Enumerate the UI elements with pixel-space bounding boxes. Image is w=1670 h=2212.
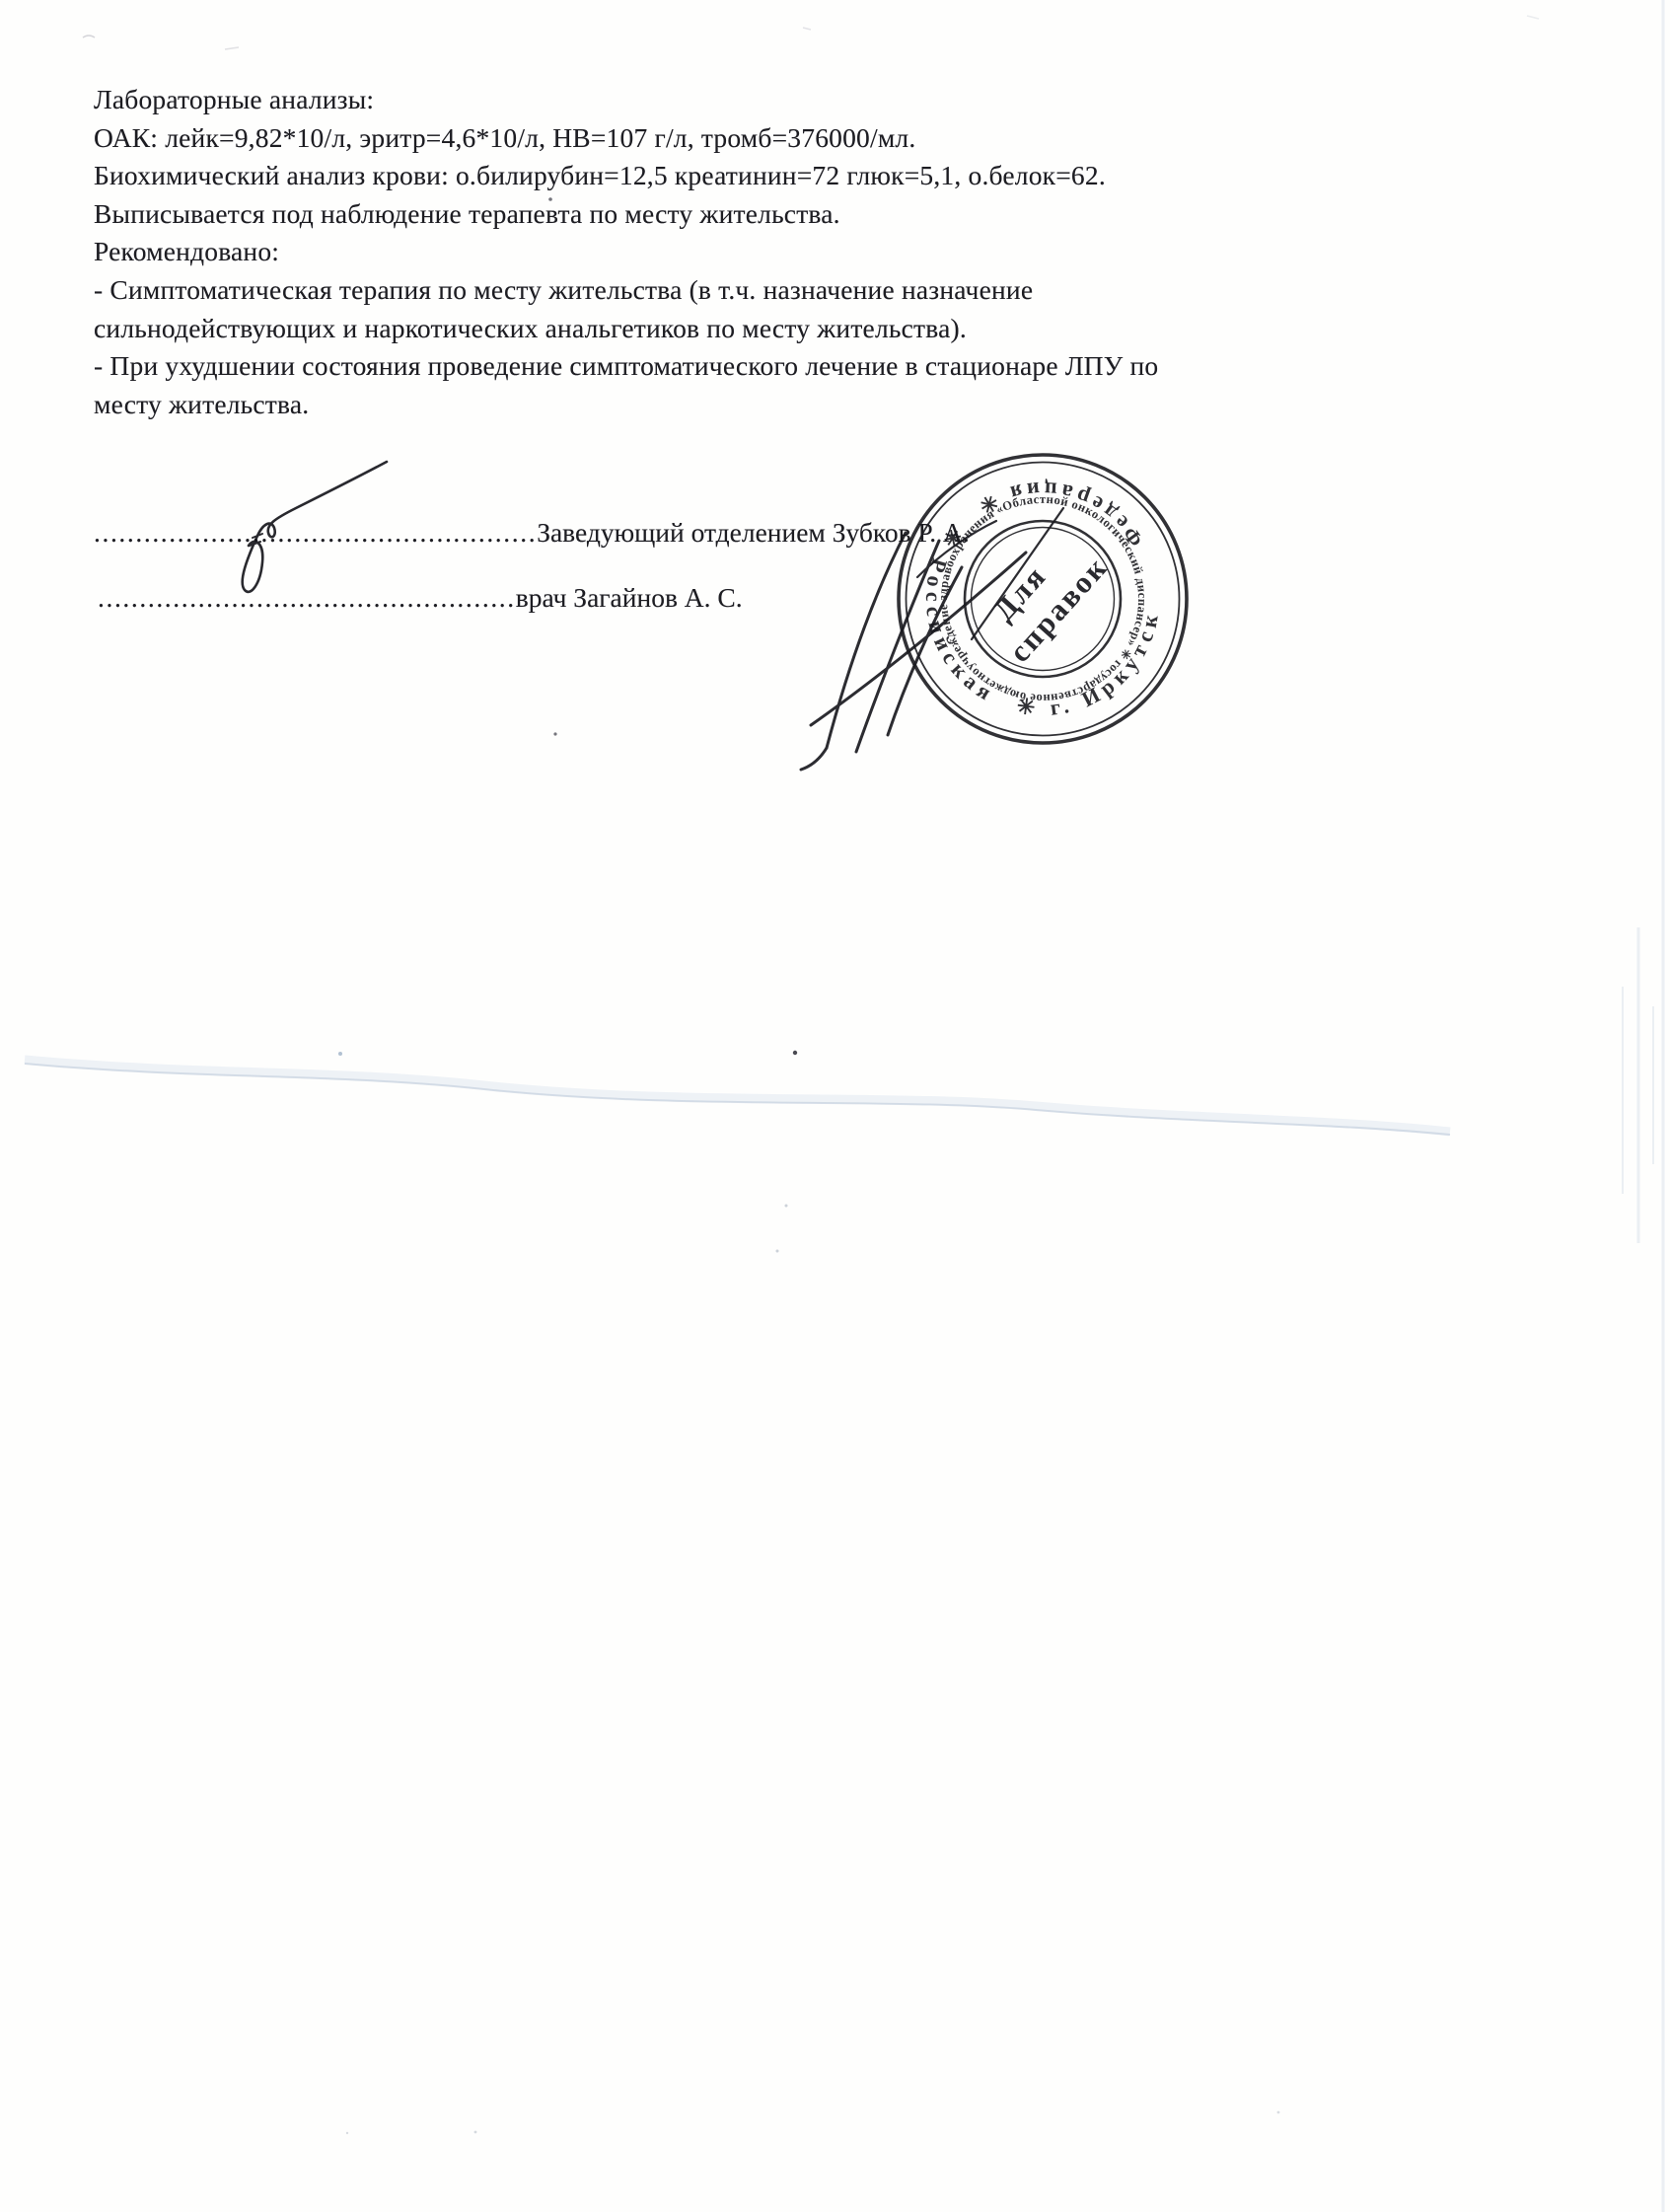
scan-crease — [25, 1060, 1450, 1135]
stamp-outer-ring-text: ✳ Российская — [921, 524, 1000, 708]
stamp-center-circle — [965, 521, 1121, 677]
recommendation-2b: месту жительства. — [94, 386, 1258, 424]
document-text-block: Лабораторные анализы: ОАК: лейк=9,82*10/… — [94, 81, 1258, 423]
biochem-results-line: Биохимический анализ крови: о.билирубин=… — [94, 157, 1258, 195]
recommendation-1b: сильнодействующих и наркотических анальг… — [94, 310, 1258, 348]
stamp-outer-ring-text: Федерация ✳ — [970, 478, 1148, 553]
dotted-leader: ........................................… — [98, 582, 516, 613]
stamp-center-text: Для справок — [973, 523, 1115, 669]
head-of-department-name: Заведующий отделением Зубков Р. А. — [537, 517, 970, 548]
stamp-center-inner-circle — [972, 528, 1115, 671]
stamp-outer-circle — [899, 455, 1187, 743]
oak-results-line: ОАК: лейк=9,82*10/л, эритр=4,6*10/л, НВ=… — [94, 119, 1258, 158]
stamp-outer-inner-circle — [907, 463, 1180, 736]
discharge-line: Выписывается под наблюдение терапевта по… — [94, 195, 1258, 234]
stamp-center-line2: справок — [1002, 549, 1115, 668]
signature-row-head-of-department: ........................................… — [94, 517, 970, 549]
dotted-leader: ........................................… — [94, 517, 537, 548]
scanned-document-page: Лабораторные анализы: ОАК: лейк=9,82*10/… — [0, 0, 1670, 2212]
stamp-outer-ring-text: ✳ г. Иркутск — [1015, 607, 1163, 720]
scanner-streaks — [1623, 0, 1663, 2212]
doctor-name: врач Загайнов А. С. — [516, 582, 743, 613]
recommendation-2a: - При ухудшении состояния проведение сим… — [94, 347, 1258, 386]
recommendation-1a: - Симптоматическая терапия по месту жите… — [94, 271, 1258, 310]
signature-row-doctor: ........................................… — [98, 582, 743, 614]
recommended-heading: Рекомендовано: — [94, 233, 1258, 271]
stamp-center-line1: Для — [986, 558, 1053, 627]
lab-analyses-heading: Лабораторные анализы: — [94, 81, 1258, 119]
